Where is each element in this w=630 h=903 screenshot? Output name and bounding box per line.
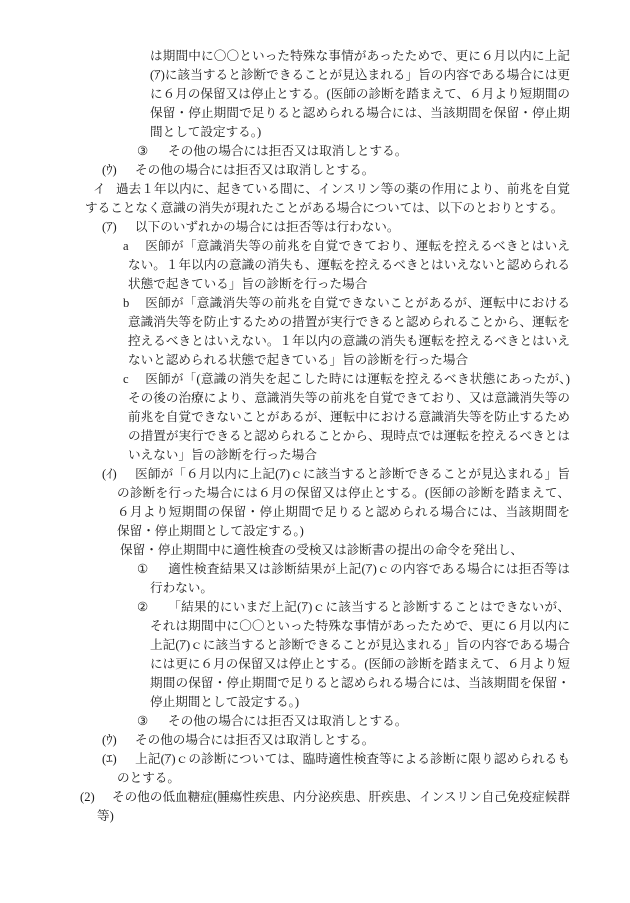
- item-text: その他の低血糖症(腫瘍性疾患、内分泌疾患、肝疾患、インスリン自己免疫症候群等): [97, 790, 570, 823]
- item-circled-1: ①適性検査結果又は診断結果が上記(ｱ)ｃの内容である場合には拒否等は行わない。: [150, 560, 570, 598]
- paragraph-continuation-of-item-2: は期間中に〇〇といった特殊な事情があったためで、更に６月以内に上記(ｱ)に該当す…: [150, 47, 570, 142]
- item-label: イ: [93, 180, 116, 199]
- item-text: その他の場合には拒否又は取消しとする。: [135, 733, 374, 747]
- item-label: (ｳ): [102, 731, 135, 750]
- item-text: 医師が「(意識の消失を起こした時には運転を控えるべき状態にあったが、)その後の治…: [128, 372, 570, 462]
- item-kana-a: (ｱ)以下のいずれかの場合には拒否等は行わない。: [117, 218, 570, 237]
- item-text: 医師が「意識消失等の前兆を自覚できており、運転を控えるべきとはいえない。１年以内…: [128, 239, 570, 291]
- item-label: (2): [80, 788, 112, 807]
- paragraph-hold-suspend-order: 保留・停止期間中に適性検査の受検又は診断書の提出の命令を発出し、: [120, 541, 570, 560]
- item-text: 適性検査結果又は診断結果が上記(ｱ)ｃの内容である場合には拒否等は行わない。: [150, 562, 570, 595]
- item-text: 上記(ｱ)ｃの診断については、臨時適性検査等による診断に限り認められるものとする…: [117, 752, 570, 785]
- item-i: イ過去１年以内に、起きている間に、インスリン等の薬の作用により、前兆を自覚するこ…: [85, 180, 570, 218]
- item-text: その他の場合には拒否又は取消しとする。: [168, 144, 407, 158]
- item-text: その他の場合には拒否又は取消しとする。: [135, 163, 374, 177]
- item-circled-3: ③その他の場合には拒否又は取消しとする。: [150, 142, 570, 161]
- item-kana-i: (ｲ)医師が「６月以内に上記(ｱ)ｃに該当すると診断できることが見込まれる」旨の…: [117, 465, 570, 541]
- item-b: b医師が「意識消失等の前兆を自覚できないことがあるが、運転中における意識消失等を…: [128, 294, 570, 370]
- item-a: a医師が「意識消失等の前兆を自覚できており、運転を控えるべきとはいえない。１年以…: [128, 237, 570, 294]
- item-circled-2: ②「結果的にいまだ上記(ｱ)ｃに該当すると診断することはできないが、それは期間中…: [150, 598, 570, 712]
- document-page: は期間中に〇〇といった特殊な事情があったためで、更に６月以内に上記(ｱ)に該当す…: [0, 0, 630, 903]
- item-label: (ｲ): [102, 465, 135, 484]
- item-text: 以下のいずれかの場合には拒否等は行わない。: [135, 220, 399, 234]
- item-kana-u-second: (ｳ)その他の場合には拒否又は取消しとする。: [117, 731, 570, 750]
- item-circled-3-second: ③その他の場合には拒否又は取消しとする。: [150, 712, 570, 731]
- paragraph-text: 保留・停止期間中に適性検査の受検又は診断書の提出の命令を発出し、: [120, 543, 523, 557]
- item-2-other-hypoglycemia: (2)その他の低血糖症(腫瘍性疾患、内分泌疾患、肝疾患、インスリン自己免疫症候群…: [97, 788, 570, 826]
- item-label: b: [123, 294, 145, 313]
- item-text: 医師が「意識消失等の前兆を自覚できないことがあるが、運転中における意識消失等を防…: [128, 296, 570, 367]
- item-text: 医師が「６月以内に上記(ｱ)ｃに該当すると診断できることが見込まれる」旨の診断を…: [117, 467, 570, 538]
- paragraph-text: は期間中に〇〇といった特殊な事情があったためで、更に６月以内に上記(ｱ)に該当す…: [150, 49, 570, 139]
- item-label: ③: [137, 142, 168, 161]
- item-kana-u: (ｳ)その他の場合には拒否又は取消しとする。: [117, 161, 570, 180]
- item-label: ③: [137, 712, 168, 731]
- item-label: ①: [137, 560, 168, 579]
- item-label: (ｳ): [102, 161, 135, 180]
- item-text: その他の場合には拒否又は取消しとする。: [168, 714, 407, 728]
- item-label: a: [123, 237, 145, 256]
- item-text: 過去１年以内に、起きている間に、インスリン等の薬の作用により、前兆を自覚すること…: [85, 182, 570, 215]
- item-label: (ｱ): [102, 218, 135, 237]
- item-label: ②: [137, 598, 168, 617]
- item-label: c: [123, 370, 145, 389]
- item-text: 「結果的にいまだ上記(ｱ)ｃに該当すると診断することはできないが、それは期間中に…: [150, 600, 570, 709]
- item-kana-e: (ｴ)上記(ｱ)ｃの診断については、臨時適性検査等による診断に限り認められるもの…: [117, 750, 570, 788]
- item-c: c医師が「(意識の消失を起こした時には運転を控えるべき状態にあったが、)その後の…: [128, 370, 570, 465]
- item-label: (ｴ): [102, 750, 135, 769]
